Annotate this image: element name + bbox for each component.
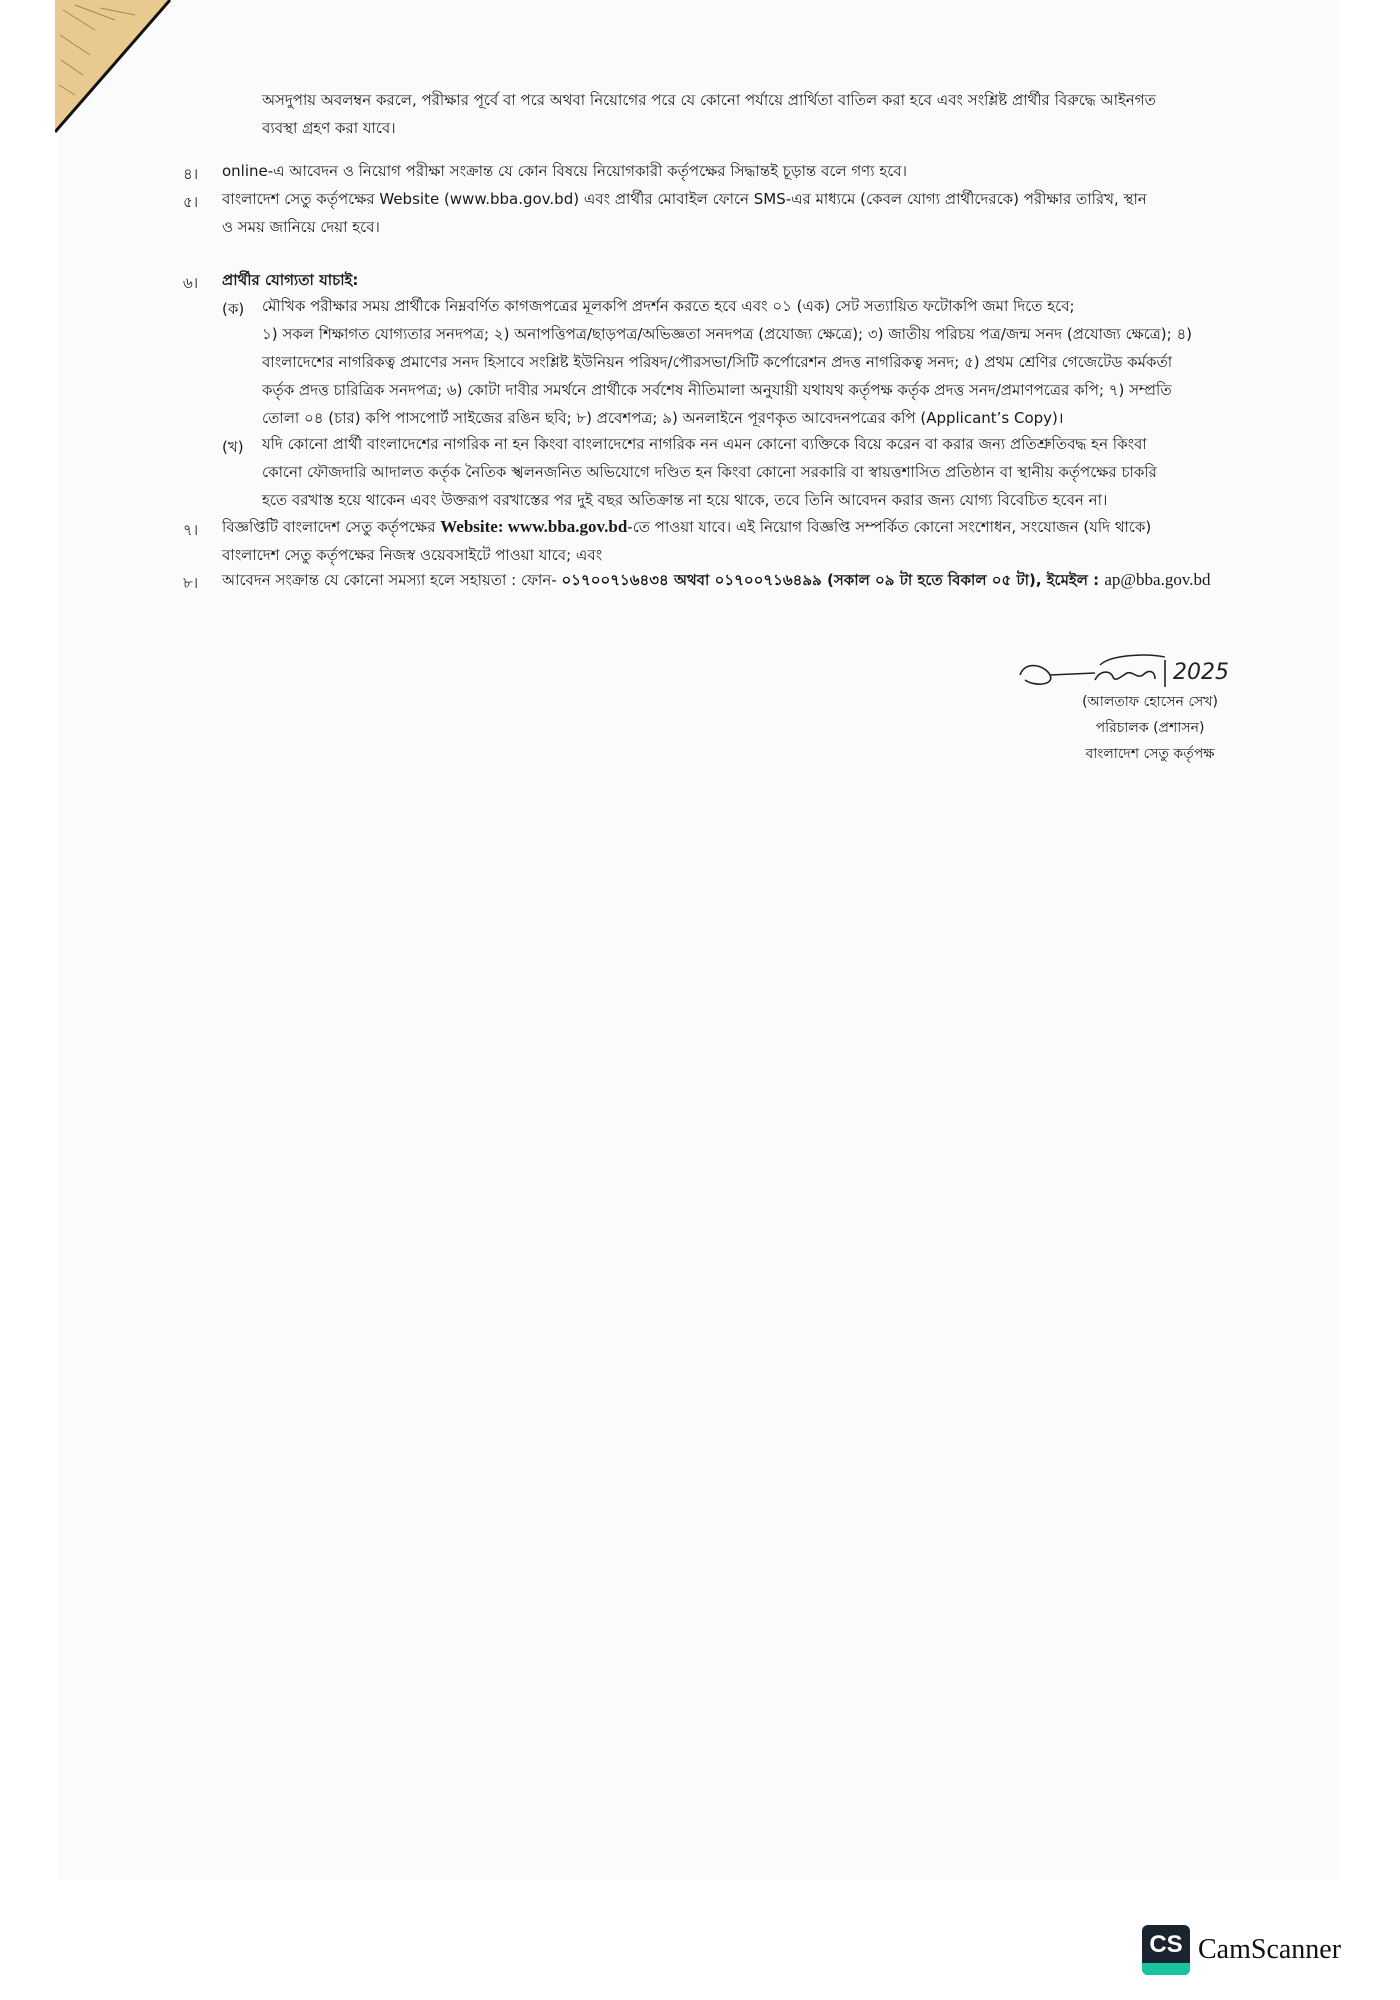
subitem-kha-line-2: কোনো ফৌজদারি আদালত কর্তৃক নৈতিক স্খলনজনি… bbox=[262, 458, 1157, 486]
signatory-designation: পরিচালক (প্রশাসন) bbox=[1020, 716, 1280, 740]
email-link[interactable]: ap@bba.gov.bd bbox=[1104, 570, 1210, 589]
item-7-line-2: বাংলাদেশ সেতু কর্তৃপক্ষের নিজস্ব ওয়েবসা… bbox=[222, 541, 602, 569]
handwritten-signature: 2025 bbox=[1015, 645, 1275, 695]
item-number-7: ৭। bbox=[183, 519, 198, 544]
continuation-line-2: ব্যবস্থা গ্রহণ করা যাবে। bbox=[262, 114, 396, 142]
item-number-6: ৬। bbox=[183, 272, 198, 297]
item-5-line-1: বাংলাদেশ সেতু কর্তৃপক্ষের Website (www.b… bbox=[222, 185, 1147, 213]
phone-number-1[interactable]: ০১৭০০৭১৬৪৩৪ bbox=[562, 571, 669, 589]
item-7-text-pre: বিজ্ঞপ্তিটি বাংলাদেশ সেতু কর্তৃপক্ষের bbox=[222, 518, 440, 536]
item-number-8: ৮। bbox=[183, 572, 198, 597]
phone-number-2[interactable]: ০১৭০০৭১৬৪৯৯ bbox=[715, 571, 822, 589]
item-number-5: ৫। bbox=[183, 191, 198, 216]
item-number-4: ৪। bbox=[183, 163, 198, 188]
item-5-line-2: ও সময় জানিয়ে দেয়া হবে। bbox=[222, 213, 380, 241]
continuation-line-1: অসদুপায় অবলম্বন করলে, পরীক্ষার পূর্বে ব… bbox=[262, 86, 1156, 114]
item-6-heading: প্রার্থীর যোগ্যতা যাচাই: bbox=[222, 266, 358, 294]
or-text: অথবা bbox=[669, 571, 715, 589]
item-7-text-post: -তে পাওয়া যাবে। এই নিয়োগ বিজ্ঞপ্তি সম্… bbox=[627, 518, 1151, 536]
signatory-name: (আলতাফ হোসেন সেখ) bbox=[1020, 690, 1280, 714]
subitem-label-kha: (খ) bbox=[222, 436, 244, 461]
office-hours: (সকাল ০৯ টা হতে বিকাল ০৫ টা), ইমেইল : bbox=[822, 571, 1105, 589]
camscanner-name: CamScanner bbox=[1198, 1934, 1341, 1966]
svg-text:2025: 2025 bbox=[1173, 660, 1229, 685]
item-8-helpline: আবেদন সংক্রান্ত যে কোনো সমস্যা হলে সহায়… bbox=[222, 566, 1211, 594]
subitem-kha-line-1: যদি কোনো প্রার্থী বাংলাদেশের নাগরিক না হ… bbox=[262, 430, 1147, 458]
signatory-organization: বাংলাদেশ সেতু কর্তৃপক্ষ bbox=[1020, 742, 1280, 766]
subitem-ka-line-4: কর্তৃক প্রদত্ত চারিত্রিক সনদপত্র; ৬) কোট… bbox=[262, 376, 1172, 404]
subitem-ka-line-3: বাংলাদেশের নাগরিকত্ব প্রমাণের সনদ হিসাবে… bbox=[262, 348, 1172, 376]
subitem-ka-line-2: ১) সকল শিক্ষাগত যোগ্যতার সনদপত্র; ২) অনা… bbox=[262, 320, 1192, 348]
folded-corner-graphic bbox=[55, 0, 175, 135]
camscanner-logo-icon: CS bbox=[1142, 1925, 1190, 1975]
subitem-kha-line-3: হতে বরখাস্ত হয়ে থাকেন এবং উক্তরূপ বরখাস… bbox=[262, 486, 1107, 514]
helpline-label: আবেদন সংক্রান্ত যে কোনো সমস্যা হলে সহায়… bbox=[222, 571, 562, 589]
subitem-label-ka: (ক) bbox=[222, 298, 244, 323]
subitem-ka-line-5: তোলা ০৪ (চার) কপি পাসপোর্ট সাইজের রঙিন ছ… bbox=[262, 404, 1064, 432]
website-link[interactable]: Website: www.bba.gov.bd bbox=[440, 517, 627, 536]
item-7-line-1: বিজ্ঞপ্তিটি বাংলাদেশ সেতু কর্তৃপক্ষের We… bbox=[222, 513, 1151, 541]
camscanner-watermark: CS CamScanner bbox=[1142, 1925, 1341, 1975]
subitem-ka-line-1: মৌখিক পরীক্ষার সময় প্রার্থীকে নিম্নবর্ণ… bbox=[262, 292, 1075, 320]
item-4-text: online-এ আবেদন ও নিয়োগ পরীক্ষা সংক্রান্… bbox=[222, 157, 907, 185]
